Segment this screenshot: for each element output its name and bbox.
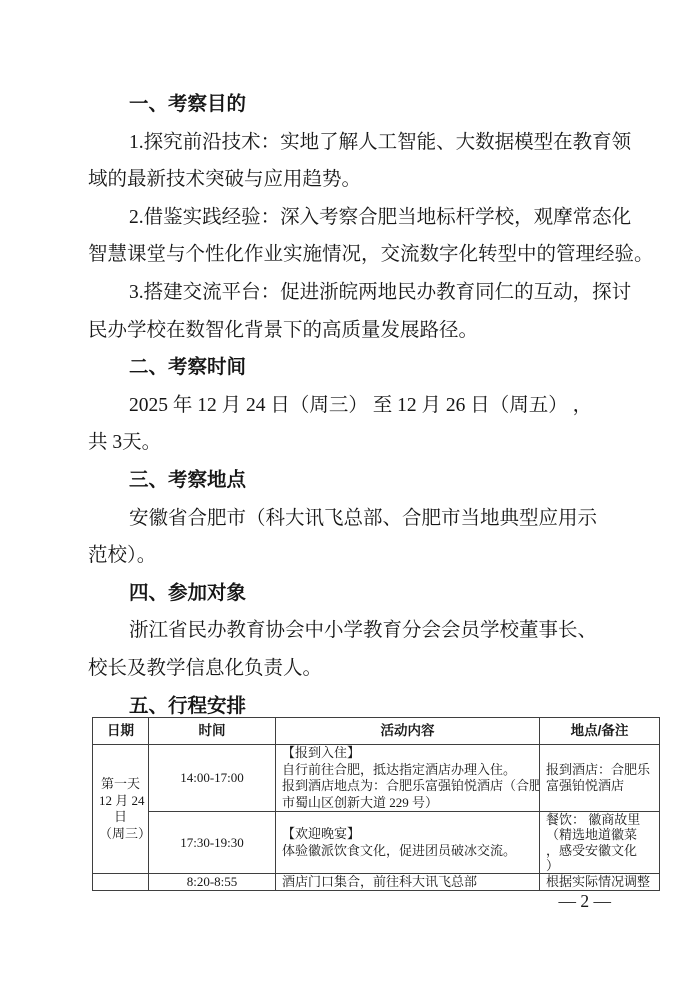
cell-row3-time: 8:20-8:55	[149, 873, 276, 891]
cell-line: 【欢迎晚宴】	[282, 826, 533, 843]
cell-line: ）	[546, 858, 653, 873]
body-line: 浙江省民办教育协会中小学教育分会会员学校董事长、	[88, 612, 663, 650]
cell-line: ，感受安徽文化	[546, 843, 653, 858]
cell-row1-location: 报到酒店：合肥乐 富强铂悦酒店	[540, 745, 660, 812]
col-header-activity: 活动内容	[276, 718, 540, 745]
cell-line: 自行前往合肥，抵达指定酒店办理入住。	[282, 762, 533, 779]
cell-line: （周三）	[99, 826, 142, 843]
itinerary-table: 日期 时间 活动内容 地点/备注 第一天 12 月 24 日 （周三） 14:0…	[92, 717, 660, 891]
cell-row2-location: 餐饮： 徽商故里 （精选地道徽菜 ，感受安徽文化 ）	[540, 812, 660, 874]
body-line: 范校）。	[88, 537, 663, 575]
cell-line: 日	[99, 809, 142, 826]
body-line: 安徽省合肥市（科大讯飞总部、合肥市当地典型应用示	[88, 500, 663, 538]
cell-row3-activity: 酒店门口集合，前往科大讯飞总部	[276, 873, 540, 891]
cell-line: 报到酒店：合肥乐	[546, 762, 653, 779]
body-line: 域的最新技术突破与应用趋势。	[88, 161, 663, 199]
section-heading-purpose: 一、考察目的	[88, 86, 663, 124]
cell-line: 餐饮： 徽商故里	[546, 812, 653, 827]
body-line: 智慧课堂与个性化作业实施情况，交流数字化转型中的管理经验。	[88, 236, 663, 274]
cell-line: 体验徽派饮食文化，促进团员破冰交流。	[282, 843, 533, 860]
body-line: 2025 年 12 月 24 日（周三） 至 12 月 26 日（周五） ，	[88, 387, 663, 425]
document-page: 一、考察目的 1.探究前沿技术：实地了解人工智能、大数据模型在教育领 域的最新技…	[0, 0, 700, 990]
cell-line: 报到酒店地点为：合肥乐富强铂悦酒店（合肥	[282, 778, 533, 795]
cell-line: 市蜀山区创新大道 229 号）	[282, 795, 533, 812]
body-line: 1.探究前沿技术：实地了解人工智能、大数据模型在教育领	[88, 124, 663, 162]
body-line: 民办学校在数智化背景下的高质量发展路径。	[88, 312, 663, 350]
cell-row2-time: 17:30-19:30	[149, 812, 276, 874]
section-heading-location: 三、考察地点	[88, 462, 663, 500]
cell-line: 12 月 24	[99, 793, 142, 810]
cell-row1-activity: 【报到入住】 自行前往合肥，抵达指定酒店办理入住。 报到酒店地点为：合肥乐富强铂…	[276, 745, 540, 812]
cell-row2-activity: 【欢迎晚宴】 体验徽派饮食文化，促进团员破冰交流。	[276, 812, 540, 874]
body-line: 3.搭建交流平台：促进浙皖两地民办教育同仁的互动，探讨	[88, 274, 663, 312]
body-line: 2.借鉴实践经验：深入考察合肥当地标杆学校，观摩常态化	[88, 199, 663, 237]
cell-line: 【报到入住】	[282, 745, 533, 762]
table-row: 17:30-19:30 【欢迎晚宴】 体验徽派饮食文化，促进团员破冰交流。 餐饮…	[93, 812, 660, 874]
cell-line: 酒店门口集合，前往科大讯飞总部	[282, 874, 533, 891]
document-body: 一、考察目的 1.探究前沿技术：实地了解人工智能、大数据模型在教育领 域的最新技…	[88, 86, 663, 891]
cell-row3-date-empty	[93, 873, 149, 891]
cell-row1-time: 14:00-17:00	[149, 745, 276, 812]
cell-line: 第一天	[99, 776, 142, 793]
cell-line: （精选地道徽菜	[546, 827, 653, 842]
page-number: — 2 —	[559, 891, 612, 911]
col-header-location: 地点/备注	[540, 718, 660, 745]
section-heading-participants: 四、参加对象	[88, 575, 663, 613]
cell-row3-location: 根据实际情况调整	[540, 873, 660, 891]
table-row: 8:20-8:55 酒店门口集合，前往科大讯飞总部 根据实际情况调整	[93, 873, 660, 891]
body-line: 共 3天。	[88, 424, 663, 462]
table-row: 第一天 12 月 24 日 （周三） 14:00-17:00 【报到入住】 自行…	[93, 745, 660, 812]
body-line: 校长及教学信息化负责人。	[88, 650, 663, 688]
cell-line: 根据实际情况调整	[546, 874, 653, 891]
cell-line: 富强铂悦酒店	[546, 778, 653, 795]
cell-day1-date: 第一天 12 月 24 日 （周三）	[93, 745, 149, 874]
section-heading-time: 二、考察时间	[88, 349, 663, 387]
